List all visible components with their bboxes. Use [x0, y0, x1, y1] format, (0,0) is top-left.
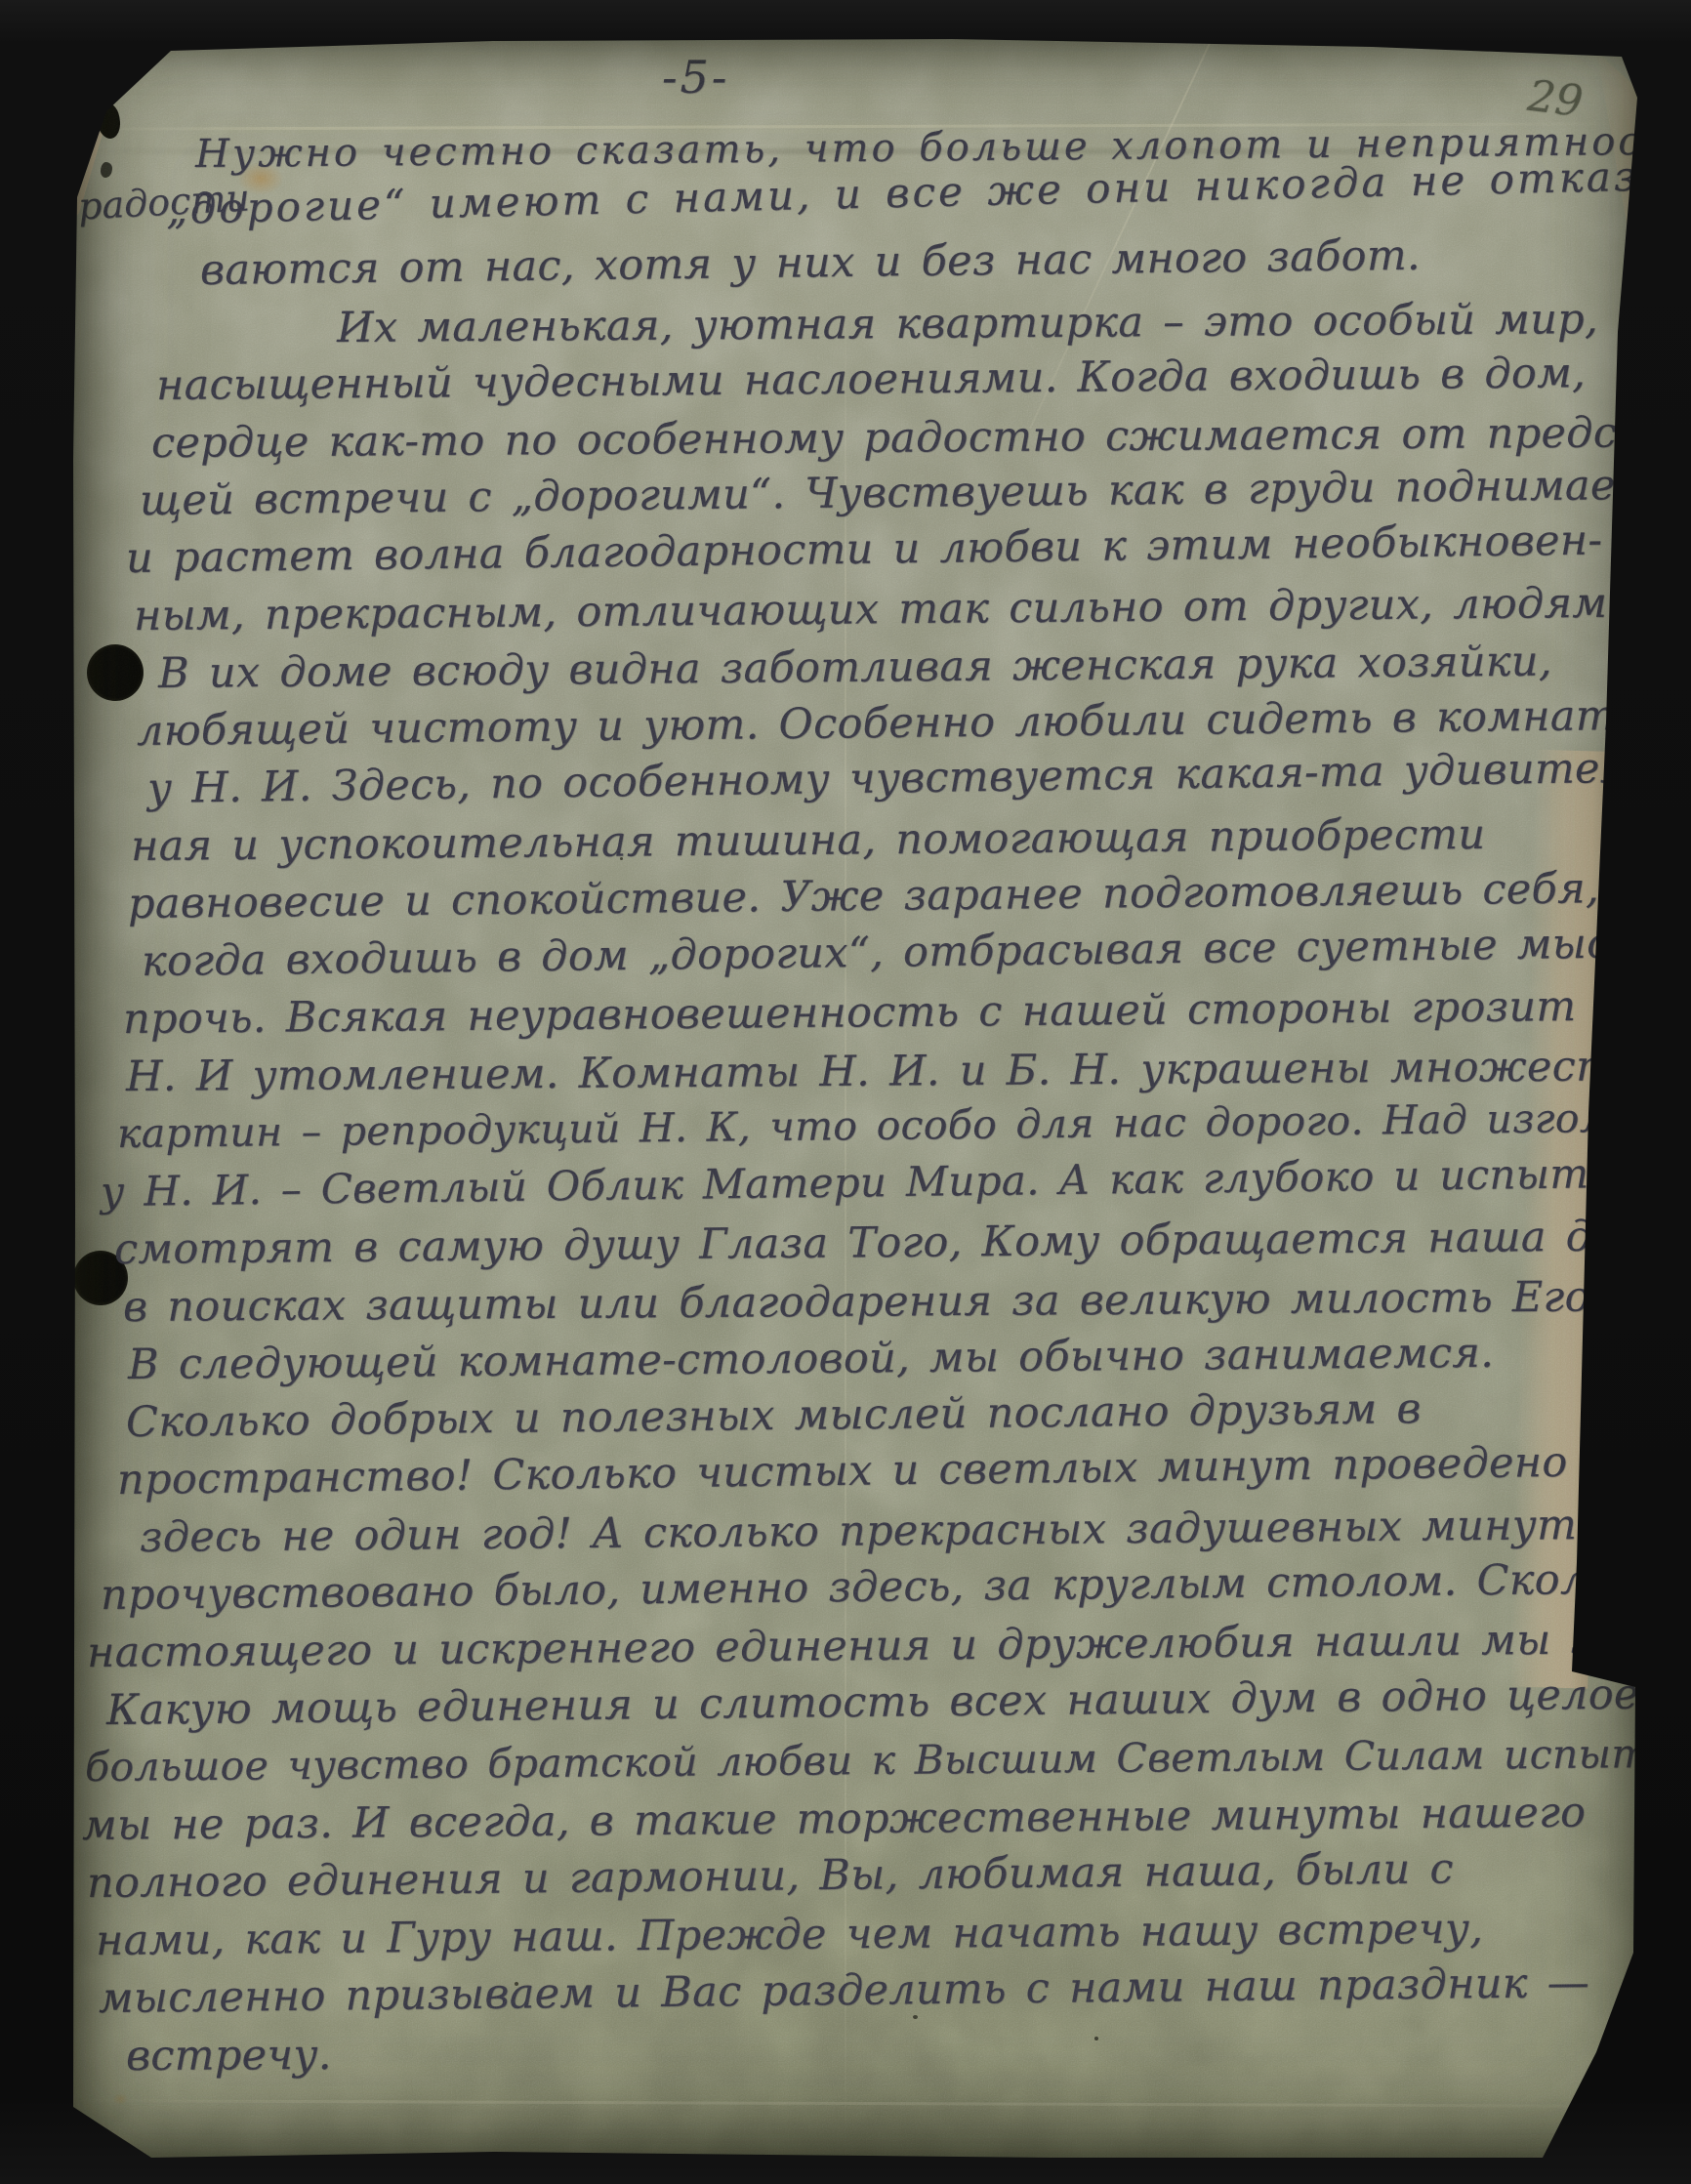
handwritten-line: В следующей комнате-столовой, мы обычно … — [128, 1333, 1494, 1386]
hole-punch-top — [87, 644, 144, 701]
tear-notch-icon — [101, 162, 112, 178]
handwritten-line: нами, как и Гуру наш. Прежде чем начать … — [96, 1909, 1483, 1962]
ink-speck — [1094, 2037, 1098, 2040]
handwritten-line: Н. И утомлением. Комнаты Н. И. и Б. Н. у… — [126, 1046, 1645, 1098]
handwritten-line: встречу. — [126, 2035, 332, 2078]
handwritten-line: когда входишь в дом „дорогих“, отбрасыва… — [142, 923, 1645, 983]
handwritten-line: картин – репродукций Н. К, что особо для… — [117, 1097, 1645, 1154]
handwritten-line: полного единения и гармонии, Вы, любимая… — [87, 1848, 1454, 1905]
page-header: -5- — [662, 51, 729, 103]
handwritten-line: у Н. И. – Светлый Облик Матери Мира. А к… — [101, 1152, 1645, 1213]
handwritten-line: здесь не один год! А сколько прекрасных … — [140, 1504, 1577, 1559]
document-scan: -5- 29 радости Нужно честно сказать, что… — [0, 0, 1691, 2184]
handwritten-line: равновесие и спокойствие. Уже заранее по… — [128, 868, 1599, 926]
handwritten-line: в поисках защиты или благодарения за вел… — [123, 1276, 1604, 1329]
handwritten-line: большое чувство братской любви к Высшим … — [85, 1733, 1645, 1788]
handwritten-line: насыщенный чудесными наслоениями. Когда … — [156, 352, 1586, 407]
handwritten-line: прочувствовано было, именно здесь, за кр… — [101, 1558, 1645, 1617]
handwritten-line: ная и успокоительная тишина, помогающая … — [131, 814, 1486, 868]
handwritten-line: смотрят в самую душу Глаза Того, Кому об… — [114, 1216, 1645, 1271]
handwritten-line: и растет волна благодарности и любви к э… — [126, 520, 1603, 580]
handwritten-line: Их маленькая, уютная квартирка – это осо… — [337, 299, 1598, 350]
tear-hole-icon — [92, 99, 126, 142]
handwritten-line: пространство! Сколько чистых и светлых м… — [117, 1442, 1568, 1502]
handwritten-line: у Н. И. Здесь, по особенному чувствуется… — [147, 747, 1645, 810]
crease-horizontal-bottom — [73, 2099, 1645, 2108]
handwritten-line: В их доме всюду видна заботливая женская… — [158, 641, 1552, 695]
handwritten-line: мы не раз. И всегда, в такие торжественн… — [82, 1793, 1587, 1847]
handwritten-line: ваются от нас, хотя у них и без нас мног… — [200, 235, 1421, 292]
stain-small-bottom-left — [112, 2093, 128, 2105]
paper-sheet: -5- 29 радости Нужно честно сказать, что… — [73, 39, 1645, 2158]
handwritten-line: щей встречи с „дорогими“. Чувствуешь как… — [140, 464, 1645, 522]
handwritten-line: настоящего и искреннего единения и друже… — [87, 1619, 1645, 1674]
ink-speck — [913, 2015, 918, 2019]
handwritten-line: ным, прекрасным, отличающих так сильно о… — [134, 583, 1622, 638]
handwritten-line: прочь. Всякая неуравновешенность с нашей… — [123, 986, 1577, 1041]
handwritten-line: любящей чистоту и уют. Особенно любили с… — [137, 695, 1641, 753]
handwritten-line: мысленно призываем и Вас разделить с нам… — [99, 1962, 1589, 2020]
handwritten-line: Сколько добрых и полезных мыслей послано… — [126, 1388, 1422, 1444]
handwritten-line: Какую мощь единения и слитость всех наши… — [106, 1673, 1645, 1732]
page-number-pencil: 29 — [1525, 71, 1586, 127]
handwritten-line: сердце как-то по особенному радостно сжи… — [151, 412, 1645, 465]
